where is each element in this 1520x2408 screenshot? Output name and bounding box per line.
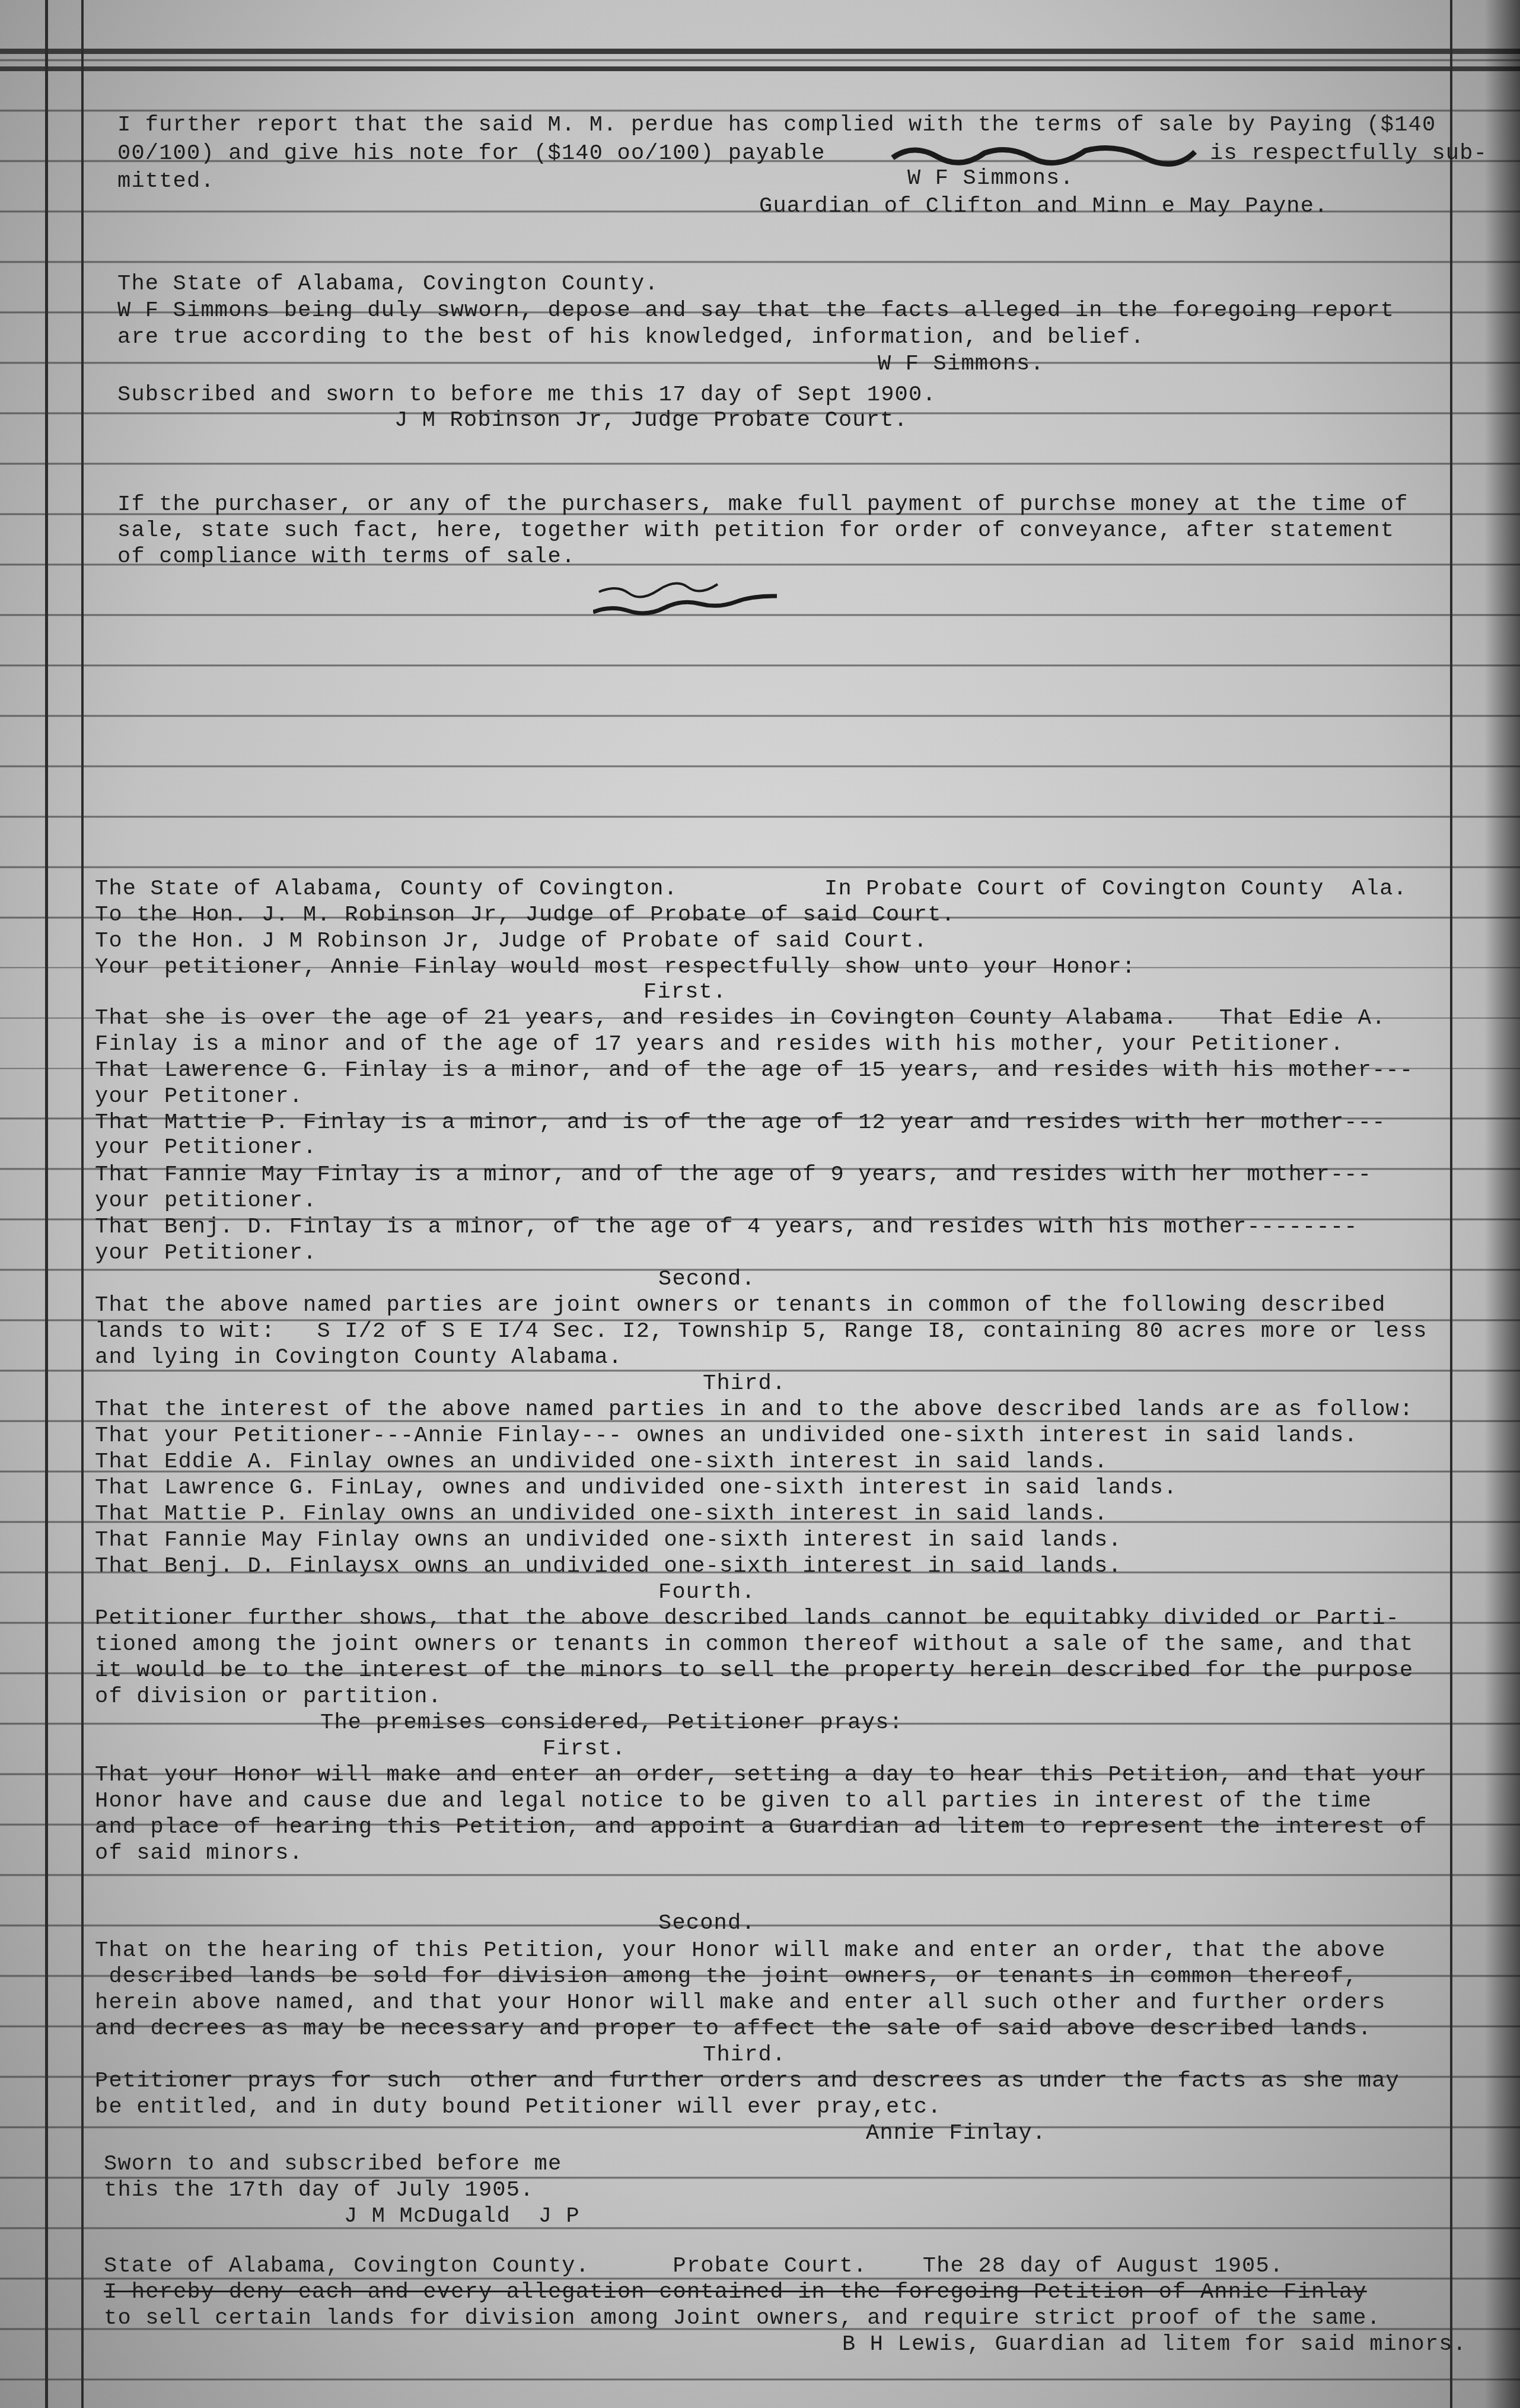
prayer-third-line: Petitioner prays for such other and furt… <box>95 2069 1400 2094</box>
answer-header: State of Alabama, Covington County. Prob… <box>104 2254 1283 2279</box>
report-line-tail: is respectfully sub- <box>1210 141 1487 166</box>
instruction-line: sale, state such fact, here, together wi… <box>117 518 1394 543</box>
petition-address: To the Hon. J M Robinson Jr, Judge of Pr… <box>95 929 928 954</box>
prayer-second-line: and decrees as may be necessary and prop… <box>95 2017 1372 2041</box>
report-line: I further report that the said M. M. per… <box>117 113 1436 138</box>
first-line: That Mattie P. Finlay is a minor, and is… <box>95 1110 1386 1135</box>
sworn-line: Sworn to and subscribed before me <box>104 2152 562 2177</box>
third-line: That Mattie P. Finlay owns an undivided … <box>95 1502 1108 1527</box>
margin-rule-outer <box>45 0 48 2408</box>
prayer-first-line: of said minors. <box>95 1841 303 1866</box>
third-line: That the interest of the above named par… <box>95 1397 1413 1422</box>
prayer-second-line: That on the hearing of this Petition, yo… <box>95 1938 1386 1963</box>
justice-of-peace: J M McDugald J P <box>344 2204 580 2229</box>
prayer-first-line: That your Honor will make and enter an o… <box>95 1763 1427 1788</box>
affidavit-body: are true according to the best of his kn… <box>117 325 1145 350</box>
section-heading-second: Second. <box>658 1267 756 1292</box>
second-line: and lying in Covington County Alabama. <box>95 1345 622 1370</box>
first-line: your petitioner. <box>95 1189 317 1213</box>
prayer-second-line: described lands be sold for division amo… <box>95 1964 1358 1989</box>
affidavit-signature: W F Simmons. <box>878 352 1044 377</box>
fourth-line: of division or partition. <box>95 1684 442 1709</box>
prayer-first-line: and place of hearing this Petition, and … <box>95 1815 1427 1840</box>
premises-considered: The premises considered, Petitioner pray… <box>320 1711 903 1735</box>
page-edge-shadow <box>1484 0 1520 2408</box>
petition-address: To the Hon. J. M. Robinson Jr, Judge of … <box>95 903 955 928</box>
sworn-line: this the 17th day of July 1905. <box>104 2178 534 2203</box>
instruction-line: If the purchaser, or any of the purchase… <box>117 492 1409 517</box>
first-line: Finlay is a minor and of the age of 17 y… <box>95 1032 1344 1057</box>
top-double-rule <box>0 49 1520 54</box>
first-line: your Petitioner. <box>95 1241 317 1266</box>
report-signature: W F Simmons. <box>907 166 1074 191</box>
answer-line: to sell certain lands for division among… <box>104 2306 1381 2331</box>
report-signature-title: Guardian of Clifton and Minn e May Payne… <box>759 194 1328 219</box>
section-heading-first: First. <box>643 980 726 1005</box>
petition-header-left: The State of Alabama, County of Covingto… <box>95 877 678 902</box>
section-heading-third: Third. <box>703 1371 786 1396</box>
affidavit-subscribed: Subscribed and sworn to before me this 1… <box>117 383 936 407</box>
third-line: That Lawrence G. FinLay, ownes and undiv… <box>95 1476 1177 1501</box>
fourth-line: Petitioner further shows, that the above… <box>95 1606 1400 1631</box>
petition-header-right: In Probate Court of Covington County Ala… <box>824 877 1407 902</box>
first-line: That she is over the age of 21 years, an… <box>95 1006 1386 1031</box>
ledger-page: I further report that the said M. M. per… <box>0 0 1520 2408</box>
cancel-scribble-icon <box>593 581 789 623</box>
first-line: your Petitioner. <box>95 1135 317 1160</box>
report-line: 00/100) and give his note for ($140 oo/1… <box>117 141 826 166</box>
third-line: That your Petitioner---Annie Finlay--- o… <box>95 1423 1358 1448</box>
report-line: mitted. <box>117 169 215 194</box>
second-line: lands to wit: S I/2 of S E I/4 Sec. I2, … <box>95 1319 1427 1344</box>
prayer-first-line: Honor have and cause due and legal notic… <box>95 1789 1372 1814</box>
prayer-third-line: be entitled, and in duty bound Petitione… <box>95 2095 942 2120</box>
prayer-heading-third: Third. <box>703 2043 786 2068</box>
third-line: That Eddie A. Finlay ownes an undivided … <box>95 1450 1108 1474</box>
section-heading-fourth: Fourth. <box>658 1580 756 1605</box>
top-double-rule <box>0 66 1520 71</box>
third-line: That Fannie May Finlay owns an undivided… <box>95 1528 1122 1553</box>
fourth-line: tioned among the joint owners or tenants… <box>95 1632 1413 1657</box>
margin-rule-right <box>1450 0 1452 2408</box>
margin-rule-inner <box>81 0 84 2408</box>
second-line: That the above named parties are joint o… <box>95 1293 1386 1318</box>
first-line: That Lawerence G. Finlay is a minor, and… <box>95 1058 1413 1083</box>
guardian-signature: B H Lewis, Guardian ad litem for said mi… <box>842 2332 1467 2357</box>
first-line: That Benj. D. Finlay is a minor, of the … <box>95 1215 1358 1240</box>
affidavit-heading: The State of Alabama, Covington County. <box>117 272 659 297</box>
prayer-heading-second: Second. <box>658 1911 756 1936</box>
first-line: That Fannie May Finlay is a minor, and o… <box>95 1162 1372 1187</box>
answer-line: I hereby deny each and every allegation … <box>104 2280 1367 2305</box>
instruction-line: of compliance with terms of sale. <box>117 544 575 569</box>
petition-intro: Your petitioner, Annie Finlay would most… <box>95 955 1136 980</box>
first-line: your Petitoner. <box>95 1084 303 1109</box>
affidavit-judge: J M Robinson Jr, Judge Probate Court. <box>394 408 908 433</box>
prayer-second-line: herein above named, and that your Honor … <box>95 1990 1386 2015</box>
petitioner-signature: Annie Finlay. <box>866 2121 1046 2146</box>
third-line: That Benj. D. Finlaysx owns an undivided… <box>95 1554 1122 1579</box>
fourth-line: it would be to the interest of the minor… <box>95 1658 1413 1683</box>
prayer-heading-first: First. <box>543 1737 626 1762</box>
ink-scribble-icon <box>890 140 1198 168</box>
affidavit-body: W F Simmons being duly swworn, depose an… <box>117 298 1394 323</box>
